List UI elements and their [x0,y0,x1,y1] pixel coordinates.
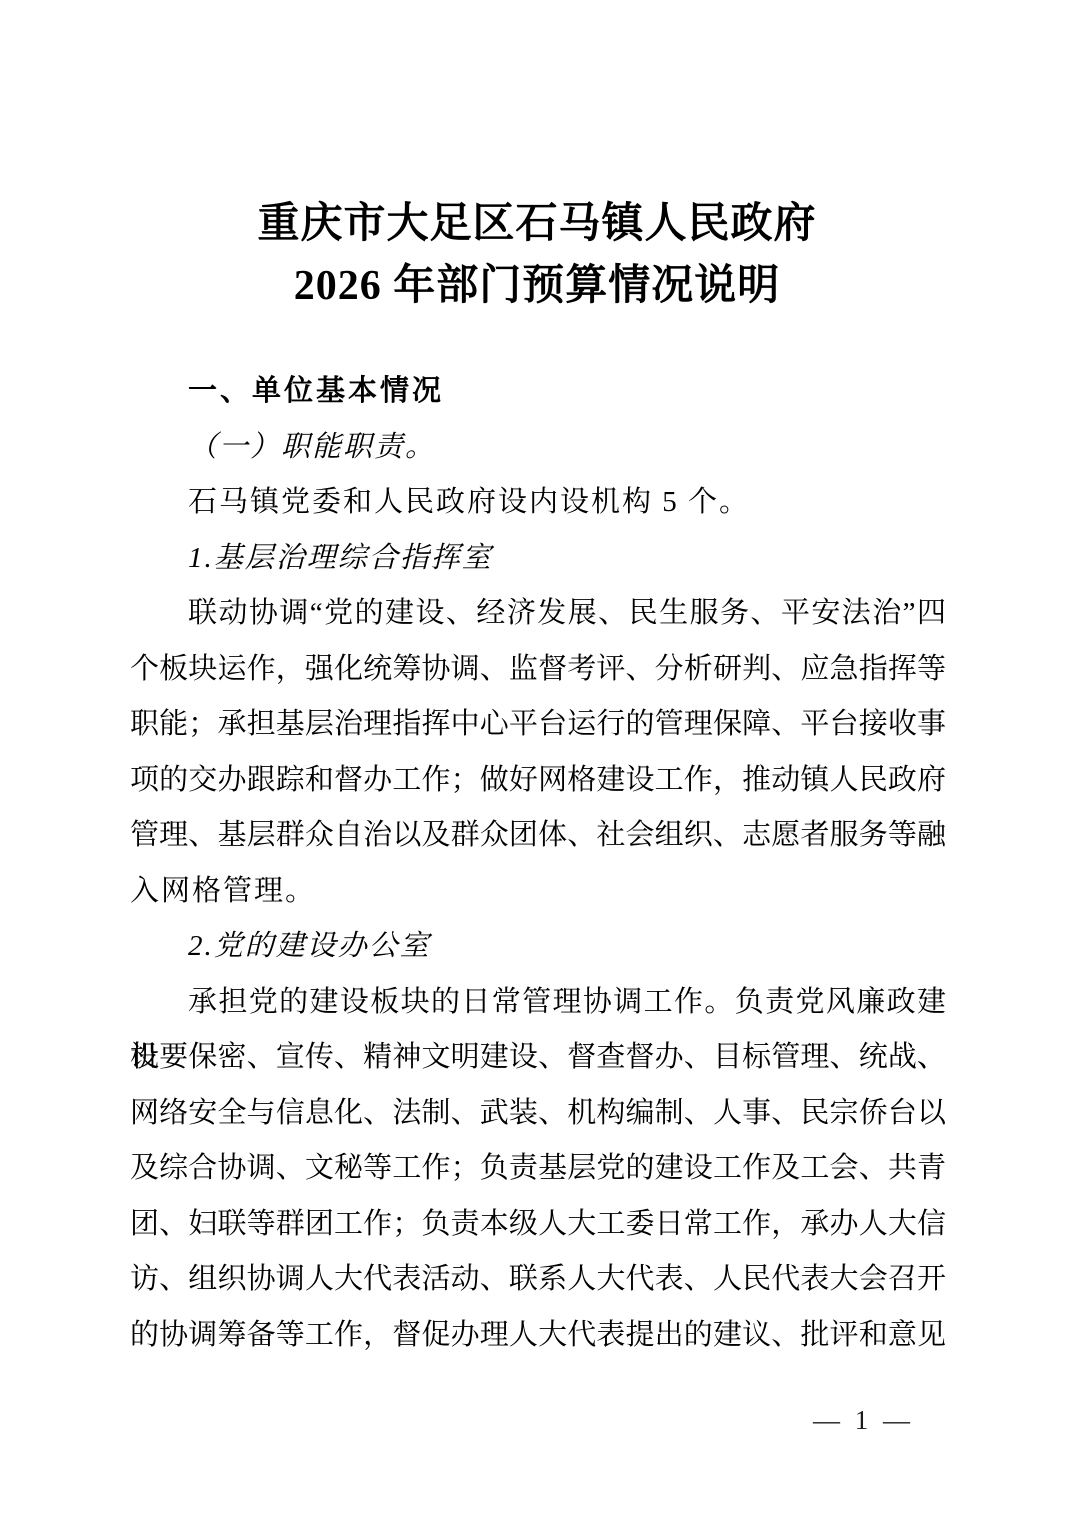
page-number: — 1 — [813,1405,914,1436]
body-text-line-7: 职能；承担基层治理指挥中心平台运行的管理保障、平台接收事 [130,697,946,753]
body-text-line-16: 团、妇联等群团工作；负责本级人大工委日常工作，承办人大信 [130,1197,946,1253]
body-text-line-6: 个板块运作，强化统筹协调、监督考评、分析研判、应急指挥等 [130,642,946,698]
body-text-line-10: 入网格管理。 [130,864,946,920]
subsection-heading-4: 1.基层治理综合指挥室 [130,531,946,587]
body-text-line-12: 承担党的建设板块的日常管理协调工作。负责党风廉政建设、 [130,975,946,1031]
subsection-heading-2: （一）职能职责。 [130,420,946,476]
subsection-heading-11: 2.党的建设办公室 [130,919,946,975]
body-text-line-13: 机要保密、宣传、精神文明建设、督查督办、目标管理、统战、 [130,1030,946,1086]
page-footer: — 1 — [0,1405,1074,1436]
title-line-2: 2026 年部门预算情况说明 [0,255,1074,317]
title-line-1: 重庆市大足区石马镇人民政府 [0,193,1074,255]
body-text-line-3: 石马镇党委和人民政府设内设机构 5 个。 [130,475,946,531]
document-title: 重庆市大足区石马镇人民政府 2026 年部门预算情况说明 [0,0,1074,317]
body-text-line-5: 联动协调“党的建设、经济发展、民生服务、平安法治”四 [130,586,946,642]
body-text-line-18: 的协调筹备等工作，督促办理人大代表提出的建议、批评和意见 [130,1308,946,1364]
document-content: 一、单位基本情况（一）职能职责。石马镇党委和人民政府设内设机构 5 个。1.基层… [130,364,946,1363]
body-text-line-17: 访、组织协调人大代表活动、联系人大代表、人民代表大会召开 [130,1252,946,1308]
section-heading-1: 一、单位基本情况 [130,364,946,420]
body-text-line-14: 网络安全与信息化、法制、武装、机构编制、人事、民宗侨台以 [130,1086,946,1142]
body-text-line-8: 项的交办跟踪和督办工作；做好网格建设工作，推动镇人民政府 [130,753,946,809]
body-text-line-9: 管理、基层群众自治以及群众团体、社会组织、志愿者服务等融 [130,808,946,864]
document-page: 重庆市大足区石马镇人民政府 2026 年部门预算情况说明 一、单位基本情况（一）… [0,0,1074,1520]
body-text-line-15: 及综合协调、文秘等工作；负责基层党的建设工作及工会、共青 [130,1141,946,1197]
